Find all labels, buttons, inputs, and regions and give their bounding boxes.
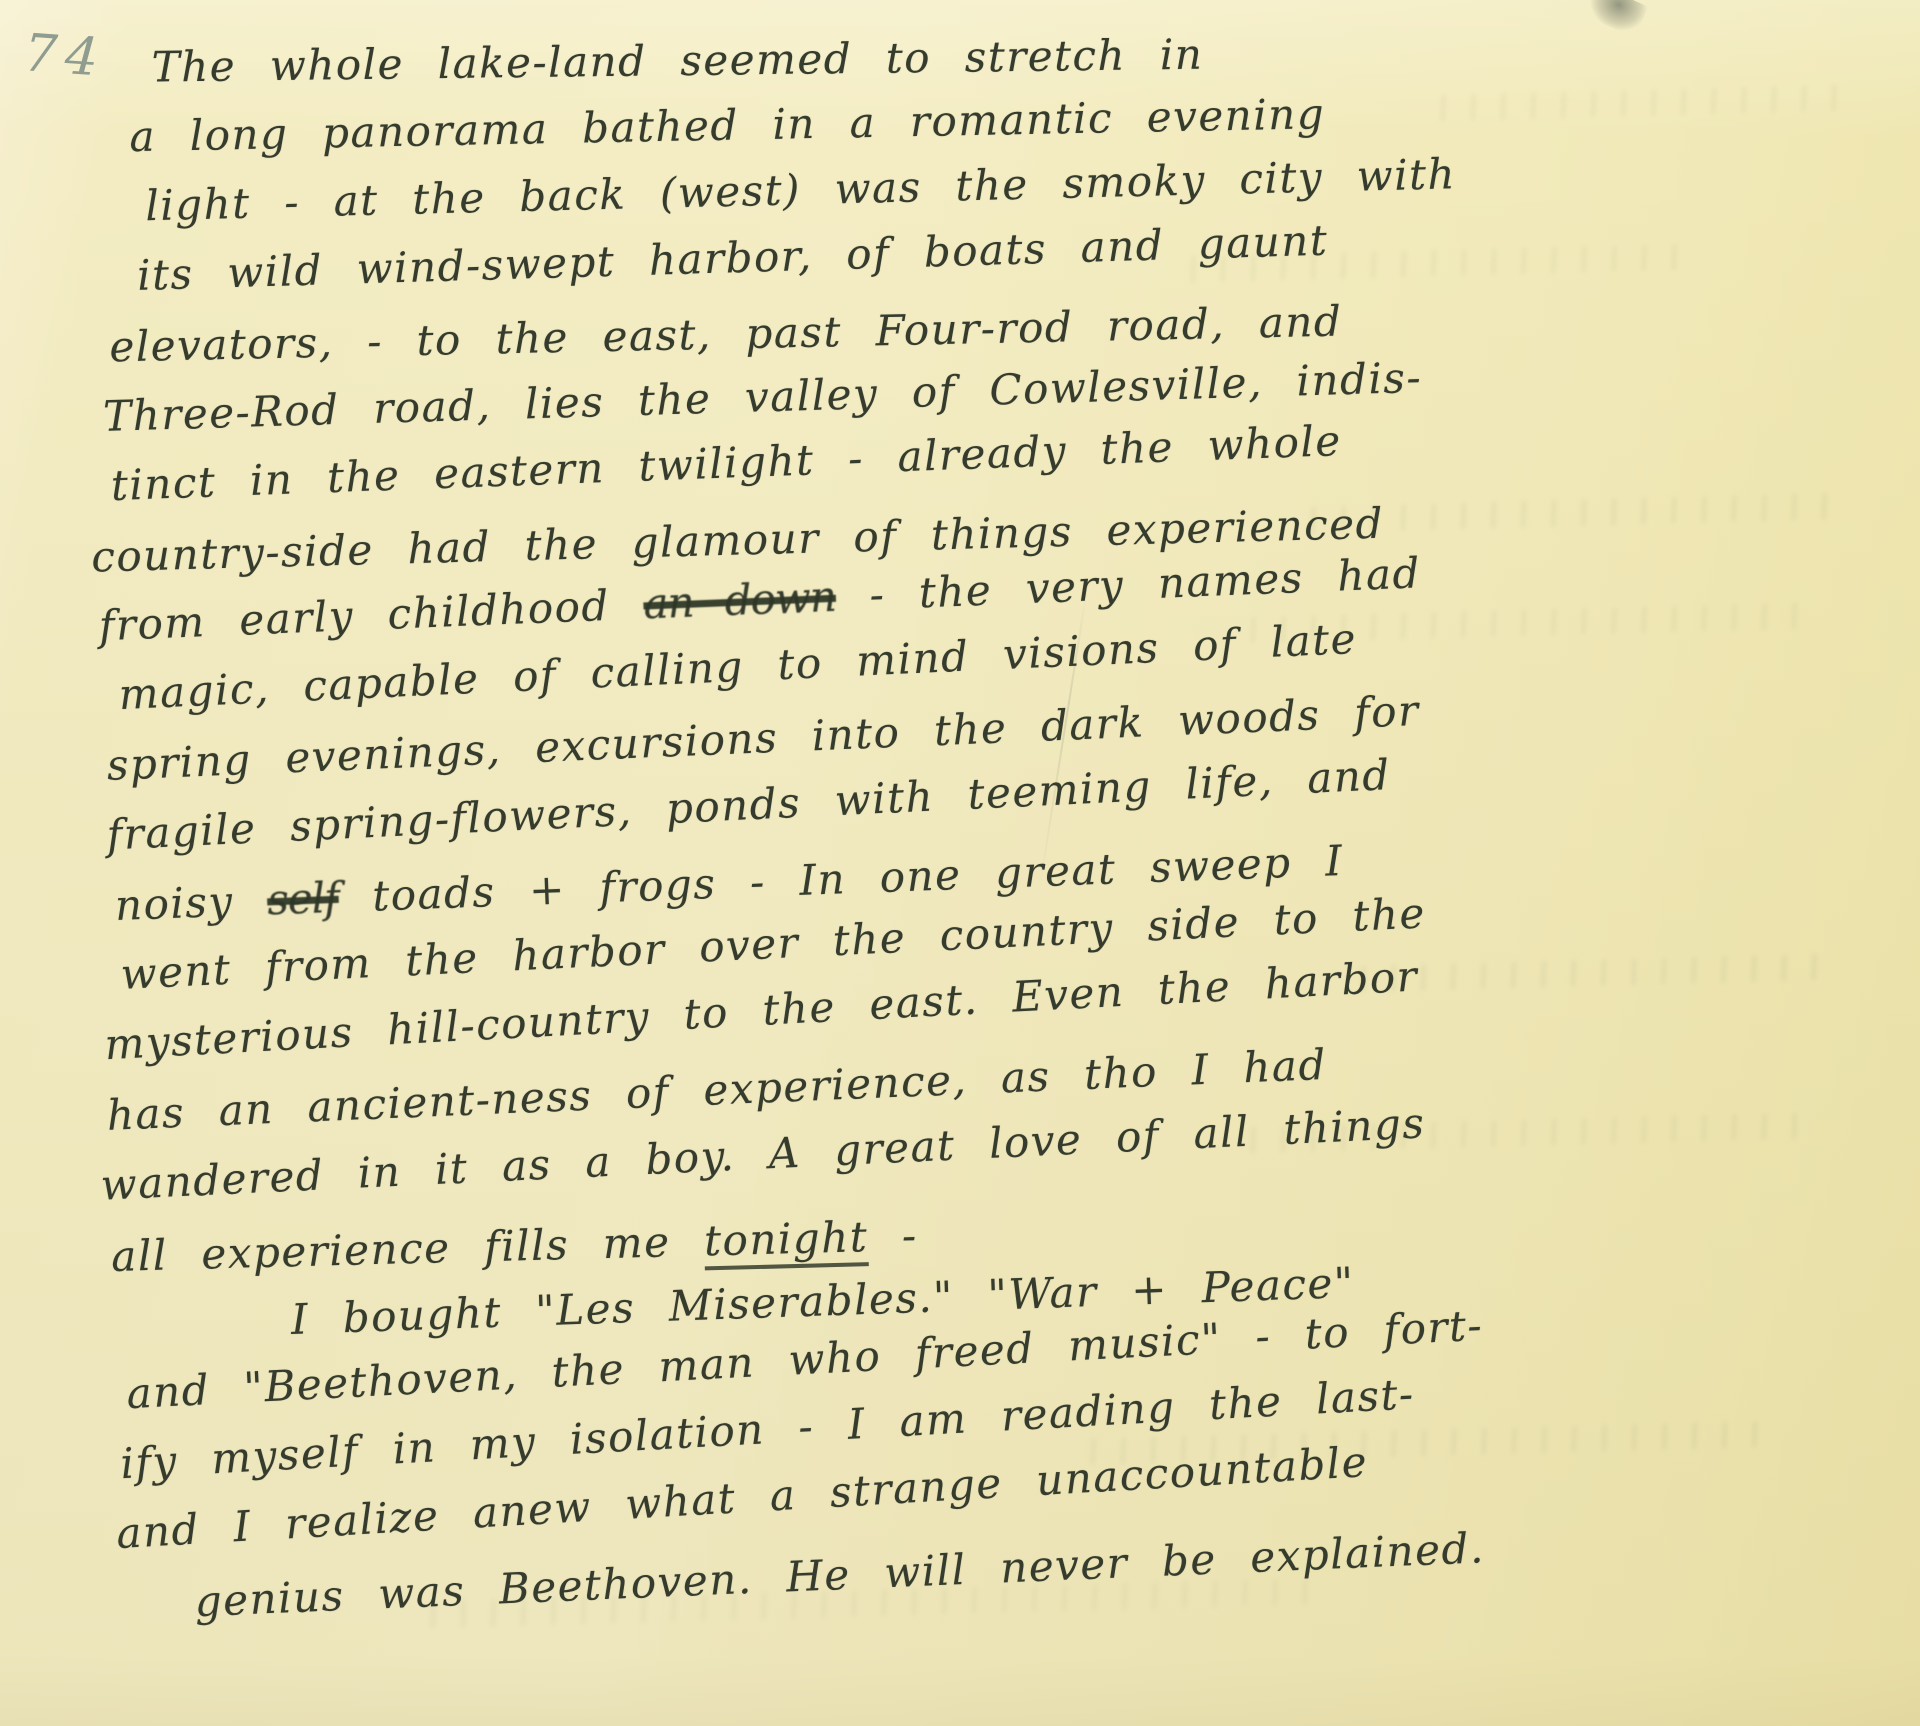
text-segment: its wild wind-swept harbor, of boats and…	[136, 216, 1328, 300]
manuscript-body: The whole lake-land seemed to stretch in…	[34, 44, 1890, 1654]
manuscript-page: { "page": { "number": "74", "ink_color":…	[0, 0, 1920, 1726]
text-segment: a long panorama bathed in a romantic eve…	[129, 89, 1326, 161]
text-segment: all experience fills me	[111, 1216, 705, 1281]
text-segment: from early childhood	[98, 580, 644, 651]
text-segment: The whole lake-land seemed to stretch in	[151, 30, 1203, 92]
text-segment: noisy	[114, 875, 268, 930]
underlined-text: tonight	[704, 1212, 869, 1270]
scribbled-out-text: self	[266, 873, 339, 925]
scribbled-out-text: an down	[642, 572, 836, 629]
text-segment: -	[867, 1211, 918, 1261]
